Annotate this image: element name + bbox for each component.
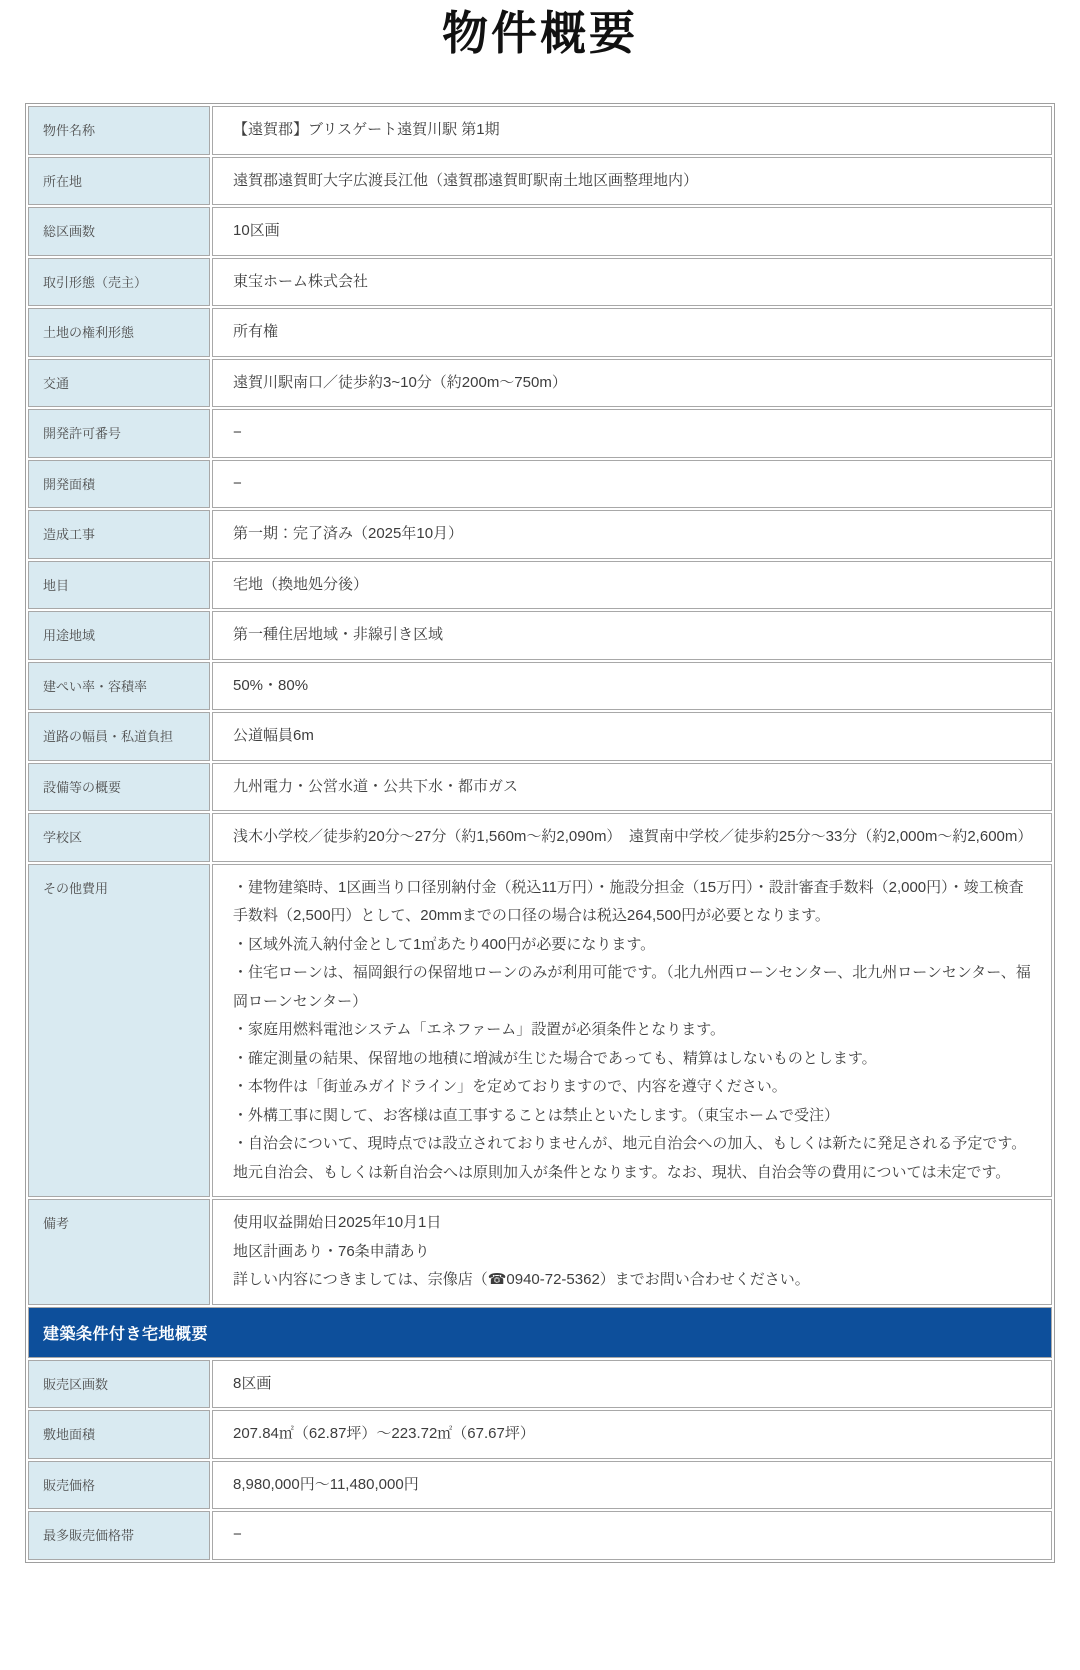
row-value: 浅木小学校／徒歩約20分〜27分（約1,560m〜約2,090m） 遠賀南中学校… [212, 813, 1052, 862]
row-value: 遠賀川駅南口／徒歩約3~10分（約200m〜750m） [212, 359, 1052, 408]
row-label: 地目 [28, 561, 210, 610]
row-label: 土地の権利形態 [28, 308, 210, 357]
row-value: − [212, 409, 1052, 458]
row-label: 道路の幅員・私道負担 [28, 712, 210, 761]
row-label: 販売価格 [28, 1461, 210, 1510]
table-row: 最多販売価格帯 − [28, 1511, 1052, 1560]
row-label: 販売区画数 [28, 1360, 210, 1409]
row-label: 物件名称 [28, 106, 210, 155]
row-label: 最多販売価格帯 [28, 1511, 210, 1560]
table-row: 交通 遠賀川駅南口／徒歩約3~10分（約200m〜750m） [28, 359, 1052, 408]
row-label: 交通 [28, 359, 210, 408]
section-header-row: 建築条件付き宅地概要 [28, 1307, 1052, 1358]
section-header-building-conditions: 建築条件付き宅地概要 [28, 1307, 1052, 1358]
row-value: 所有権 [212, 308, 1052, 357]
row-value: ・建物建築時、1区画当り口径別納付金（税込11万円）・施設分担金（15万円）・設… [212, 864, 1052, 1198]
row-value: 九州電力・公営水道・公共下水・都市ガス [212, 763, 1052, 812]
row-value: 第一期：完了済み（2025年10月） [212, 510, 1052, 559]
row-value: 公道幅員6m [212, 712, 1052, 761]
row-value: 東宝ホーム株式会社 [212, 258, 1052, 307]
table-row: 土地の権利形態 所有権 [28, 308, 1052, 357]
table-row: 地目 宅地（換地処分後） [28, 561, 1052, 610]
row-value: 10区画 [212, 207, 1052, 256]
row-label: 建ぺい率・容積率 [28, 662, 210, 711]
table-row: 敷地面積 207.84㎡（62.87坪）〜223.72㎡（67.67坪） [28, 1410, 1052, 1459]
row-label: 設備等の概要 [28, 763, 210, 812]
row-label: 開発面積 [28, 460, 210, 509]
table-row: 道路の幅員・私道負担 公道幅員6m [28, 712, 1052, 761]
table-row: 物件名称 【遠賀郡】ブリスゲート遠賀川駅 第1期 [28, 106, 1052, 155]
row-value: 遠賀郡遠賀町大字広渡長江他（遠賀郡遠賀町駅南土地区画整理地内） [212, 157, 1052, 206]
row-value: − [212, 460, 1052, 509]
table-row: 用途地域 第一種住居地域・非線引き区域 [28, 611, 1052, 660]
row-value: 50%・80% [212, 662, 1052, 711]
table-row: その他費用 ・建物建築時、1区画当り口径別納付金（税込11万円）・施設分担金（1… [28, 864, 1052, 1198]
page-title: 物件概要 [0, 6, 1080, 61]
row-value: − [212, 1511, 1052, 1560]
row-label: 学校区 [28, 813, 210, 862]
row-label: 備考 [28, 1199, 210, 1305]
page: 物件概要 物件名称 【遠賀郡】ブリスゲート遠賀川駅 第1期 所在地 遠賀郡遠賀町… [0, 0, 1080, 1670]
table-row: 開発面積 − [28, 460, 1052, 509]
table-row: 販売区画数 8区画 [28, 1360, 1052, 1409]
row-value: 使用収益開始日2025年10月1日 地区計画あり・76条申請あり 詳しい内容につ… [212, 1199, 1052, 1305]
row-label: 敷地面積 [28, 1410, 210, 1459]
table-row: 備考 使用収益開始日2025年10月1日 地区計画あり・76条申請あり 詳しい内… [28, 1199, 1052, 1305]
row-value: 8,980,000円〜11,480,000円 [212, 1461, 1052, 1510]
property-overview-table: 物件名称 【遠賀郡】ブリスゲート遠賀川駅 第1期 所在地 遠賀郡遠賀町大字広渡長… [25, 103, 1055, 1563]
table-row: 学校区 浅木小学校／徒歩約20分〜27分（約1,560m〜約2,090m） 遠賀… [28, 813, 1052, 862]
row-label: 用途地域 [28, 611, 210, 660]
table-row: 設備等の概要 九州電力・公営水道・公共下水・都市ガス [28, 763, 1052, 812]
table-row: 造成工事 第一期：完了済み（2025年10月） [28, 510, 1052, 559]
row-value: 8区画 [212, 1360, 1052, 1409]
table-row: 建ぺい率・容積率 50%・80% [28, 662, 1052, 711]
table-row: 開発許可番号 − [28, 409, 1052, 458]
row-value: 宅地（換地処分後） [212, 561, 1052, 610]
table-row: 取引形態（売主） 東宝ホーム株式会社 [28, 258, 1052, 307]
row-value: 207.84㎡（62.87坪）〜223.72㎡（67.67坪） [212, 1410, 1052, 1459]
row-value: 【遠賀郡】ブリスゲート遠賀川駅 第1期 [212, 106, 1052, 155]
table-row: 総区画数 10区画 [28, 207, 1052, 256]
row-label: 造成工事 [28, 510, 210, 559]
row-label: 開発許可番号 [28, 409, 210, 458]
row-label: その他費用 [28, 864, 210, 1198]
row-label: 総区画数 [28, 207, 210, 256]
table-row: 所在地 遠賀郡遠賀町大字広渡長江他（遠賀郡遠賀町駅南土地区画整理地内） [28, 157, 1052, 206]
row-value: 第一種住居地域・非線引き区域 [212, 611, 1052, 660]
table-row: 販売価格 8,980,000円〜11,480,000円 [28, 1461, 1052, 1510]
row-label: 取引形態（売主） [28, 258, 210, 307]
row-label: 所在地 [28, 157, 210, 206]
